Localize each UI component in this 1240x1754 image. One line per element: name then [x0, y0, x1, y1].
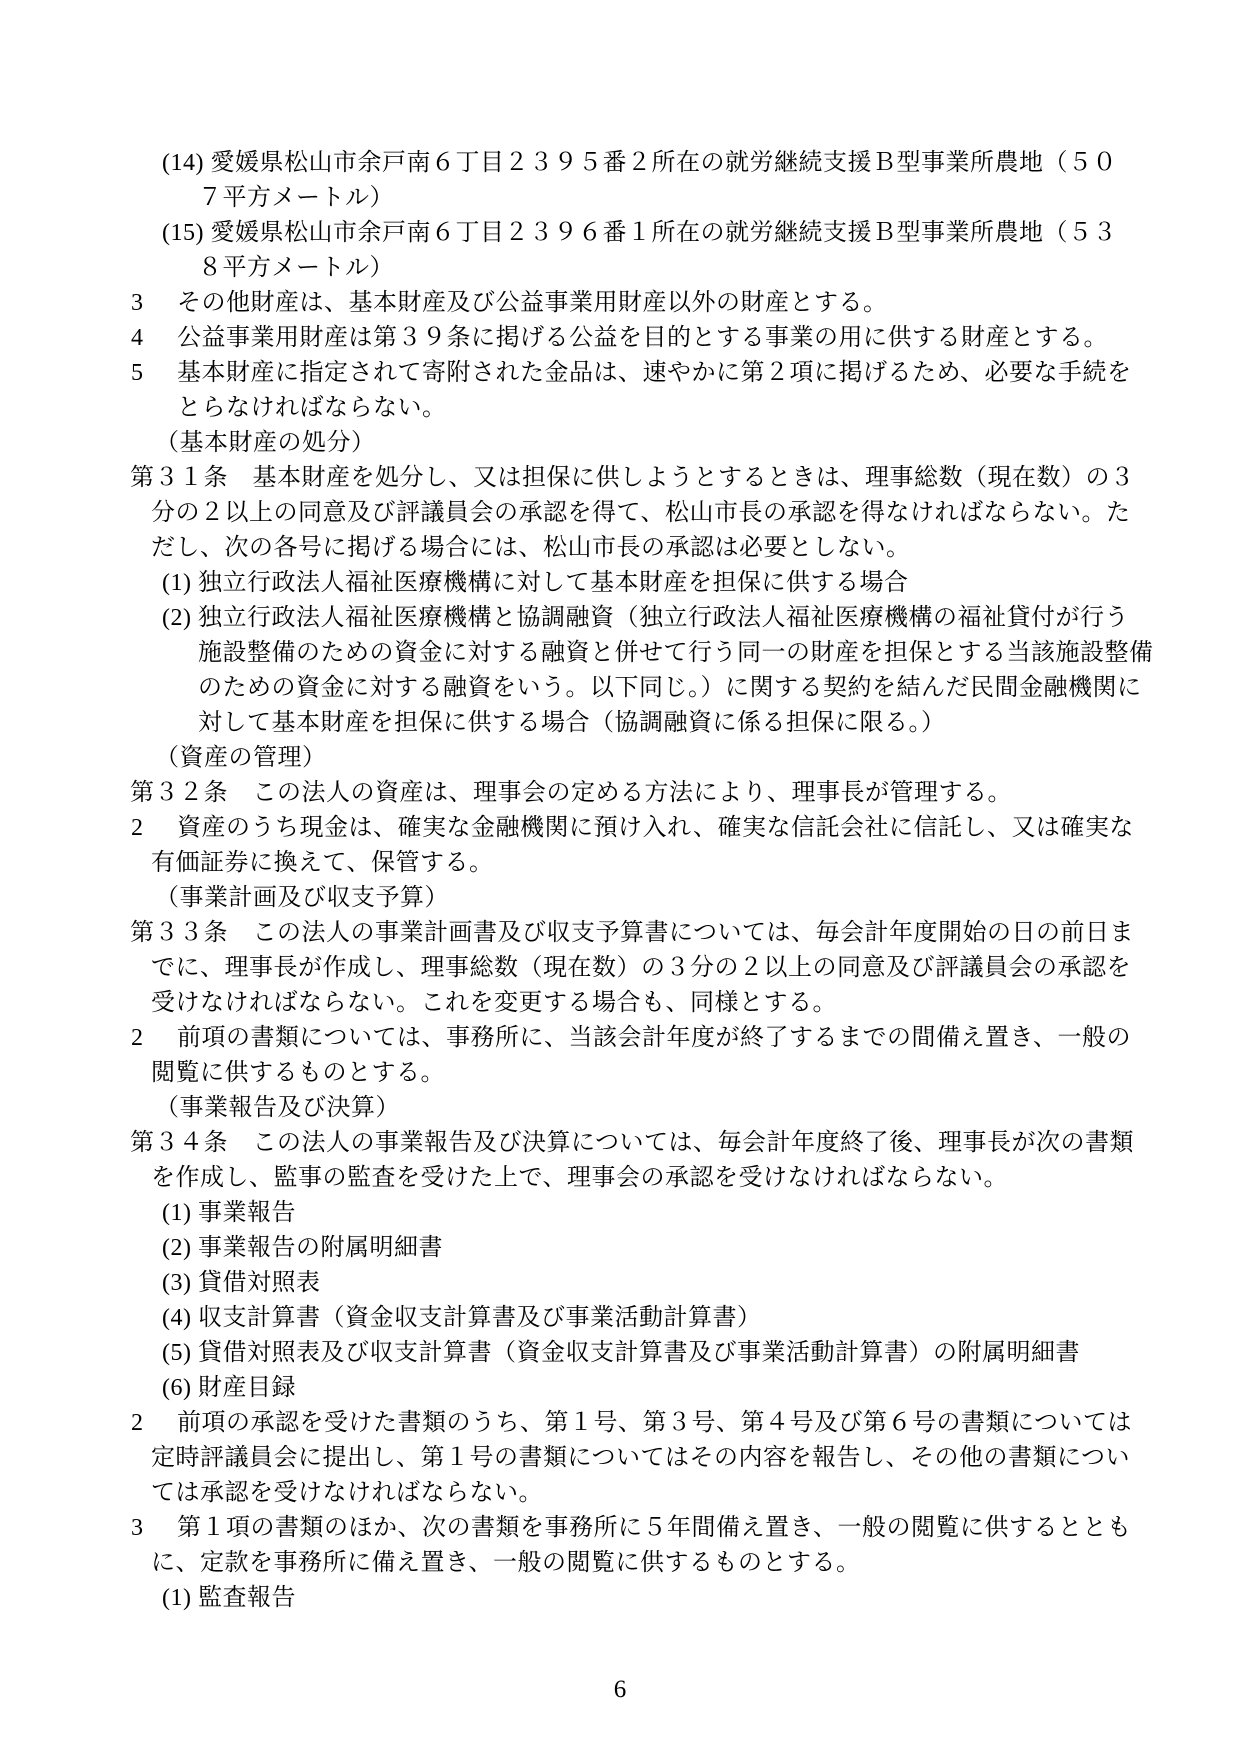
document-line: 3第１項の書類のほか、次の書類を事務所に５年間備え置き、一般の閲覧に供するととも: [0, 1511, 1240, 1546]
document-line: のための資金に対する融資をいう。以下同じ。）に関する契約を結んだ民間金融機関に: [0, 671, 1240, 706]
document-line: 2前項の承認を受けた書類のうち、第１号、第３号、第４号及び第６号の書類については: [0, 1406, 1240, 1441]
document-line: 有価証券に換えて、保管する。: [0, 846, 1240, 881]
document-line: を作成し、監事の監査を受けた上で、理事会の承認を受けなければならない。: [0, 1161, 1240, 1196]
document-line: でに、理事長が作成し、理事総数（現在数）の３分の２以上の同意及び評議員会の承認を: [0, 951, 1240, 986]
document-line: (4) 収支計算書（資金収支計算書及び事業活動計算書）: [0, 1301, 1240, 1336]
document-line: （事業計画及び収支予算）: [0, 881, 1240, 916]
paragraph-text: 資産のうち現金は、確実な金融機関に預け入れ、確実な信託会社に信託し、又は確実な: [177, 815, 1134, 841]
document-page: (14) 愛媛県松山市余戸南６丁目２３９５番２所在の就労継続支援Ｂ型事業所農地（…: [0, 0, 1240, 1754]
document-line: だし、次の各号に掲げる場合には、松山市長の承認は必要としない。: [0, 531, 1240, 566]
document-line: 5基本財産に指定されて寄附された金品は、速やかに第２項に掲げるため、必要な手続を: [0, 356, 1240, 391]
document-line: 2資産のうち現金は、確実な金融機関に預け入れ、確実な信託会社に信託し、又は確実な: [0, 811, 1240, 846]
document-line: 第３４条 この法人の事業報告及び決算については、毎会計年度終了後、理事長が次の書…: [0, 1126, 1240, 1161]
document-line: 分の２以上の同意及び評議員会の承認を得て、松山市長の承認を得なければならない。た: [0, 496, 1240, 531]
paragraph-text: 前項の書類については、事務所に、当該会計年度が終了するまでの間備え置き、一般の: [177, 1025, 1131, 1051]
document-line: 受けなければならない。これを変更する場合も、同様とする。: [0, 986, 1240, 1021]
document-line: 施設整備のための資金に対する融資と併せて行う同一の財産を担保とする当該施設整備: [0, 636, 1240, 671]
document-line: 閲覧に供するものとする。: [0, 1056, 1240, 1091]
document-line: (1) 監査報告: [0, 1581, 1240, 1616]
document-line: ８平方メートル）: [0, 251, 1240, 286]
document-line: 2前項の書類については、事務所に、当該会計年度が終了するまでの間備え置き、一般の: [0, 1021, 1240, 1056]
document-line: （資産の管理）: [0, 741, 1240, 776]
paragraph-number: 2: [131, 1021, 177, 1056]
document-line: (3) 貸借対照表: [0, 1266, 1240, 1301]
document-line: 第３１条 基本財産を処分し、又は担保に供しようとするときは、理事総数（現在数）の…: [0, 461, 1240, 496]
document-line: (6) 財産目録: [0, 1371, 1240, 1406]
paragraph-text: 公益事業用財産は第３９条に掲げる公益を目的とする事業の用に供する財産とする。: [177, 325, 1108, 351]
paragraph-number: 3: [131, 1511, 177, 1546]
paragraph-number: 3: [131, 286, 177, 321]
paragraph-text: 基本財産に指定されて寄附された金品は、速やかに第２項に掲げるため、必要な手続を: [177, 360, 1132, 386]
document-line: (2) 事業報告の附属明細書: [0, 1231, 1240, 1266]
document-line: ては承認を受けなければならない。: [0, 1476, 1240, 1511]
document-line: 4公益事業用財産は第３９条に掲げる公益を目的とする事業の用に供する財産とする。: [0, 321, 1240, 356]
document-line: ７平方メートル）: [0, 181, 1240, 216]
document-line: (5) 貸借対照表及び収支計算書（資金収支計算書及び事業活動計算書）の附属明細書: [0, 1336, 1240, 1371]
document-line: (14) 愛媛県松山市余戸南６丁目２３９５番２所在の就労継続支援Ｂ型事業所農地（…: [0, 146, 1240, 181]
document-line: とらなければならない。: [0, 391, 1240, 426]
paragraph-number: 5: [131, 356, 177, 391]
document-line: 対して基本財産を担保に供する場合（協調融資に係る担保に限る。）: [0, 706, 1240, 741]
paragraph-text: その他財産は、基本財産及び公益事業用財産以外の財産とする。: [177, 290, 888, 316]
document-line: (2) 独立行政法人福祉医療機構と協調融資（独立行政法人福祉医療機構の福祉貸付が…: [0, 601, 1240, 636]
document-line: 3その他財産は、基本財産及び公益事業用財産以外の財産とする。: [0, 286, 1240, 321]
paragraph-number: 2: [131, 811, 177, 846]
document-line: 第３２条 この法人の資産は、理事会の定める方法により、理事長が管理する。: [0, 776, 1240, 811]
document-line: (15) 愛媛県松山市余戸南６丁目２３９６番１所在の就労継続支援Ｂ型事業所農地（…: [0, 216, 1240, 251]
paragraph-text: 前項の承認を受けた書類のうち、第１号、第３号、第４号及び第６号の書類については: [177, 1410, 1132, 1436]
document-line: に、定款を事務所に備え置き、一般の閲覧に供するものとする。: [0, 1546, 1240, 1581]
document-line: 第３３条 この法人の事業計画書及び収支予算書については、毎会計年度開始の日の前日…: [0, 916, 1240, 951]
document-line: （事業報告及び決算）: [0, 1091, 1240, 1126]
document-line: (1) 独立行政法人福祉医療機構に対して基本財産を担保に供する場合: [0, 566, 1240, 601]
paragraph-number: 4: [131, 321, 177, 356]
document-body: (14) 愛媛県松山市余戸南６丁目２３９５番２所在の就労継続支援Ｂ型事業所農地（…: [0, 146, 1240, 1616]
paragraph-number: 2: [131, 1406, 177, 1441]
document-line: 定時評議員会に提出し、第１号の書類についてはその内容を報告し、その他の書類につい: [0, 1441, 1240, 1476]
document-line: (1) 事業報告: [0, 1196, 1240, 1231]
paragraph-text: 第１項の書類のほか、次の書類を事務所に５年間備え置き、一般の閲覧に供するととも: [177, 1515, 1132, 1541]
page-number: 6: [0, 1672, 1240, 1707]
document-line: （基本財産の処分）: [0, 426, 1240, 461]
